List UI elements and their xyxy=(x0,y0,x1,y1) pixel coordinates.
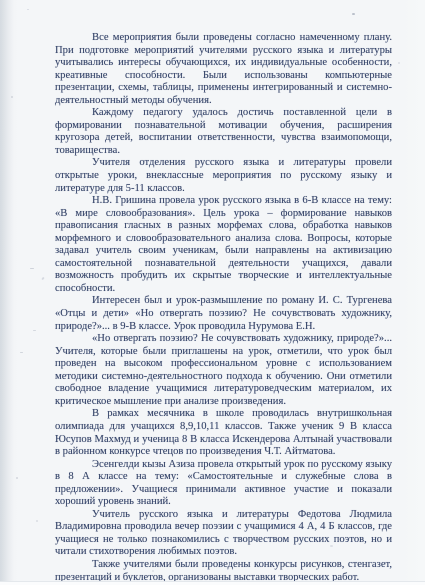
scan-speck xyxy=(30,268,34,269)
scan-speck xyxy=(36,520,38,522)
scan-speck xyxy=(152,570,154,572)
scan-speck xyxy=(11,96,13,98)
paragraph-olympiad: В рамках месячника в школе проводилась в… xyxy=(55,408,392,458)
paragraph-pedagogy-goals: Каждому педагогу удалось достичь поставл… xyxy=(55,107,392,157)
scanned-document-page: Все мероприятия были проведены согласно … xyxy=(0,0,425,585)
scan-speck xyxy=(105,563,109,565)
scan-speck xyxy=(27,9,29,10)
document-text: Все мероприятия были проведены согласно … xyxy=(55,32,392,584)
scan-speck xyxy=(41,277,44,281)
paragraph-open-lessons: Учителя отделения русского языка и литер… xyxy=(55,157,392,195)
scan-speck xyxy=(352,13,355,15)
paragraph-turgenev-lesson: Интересен был и урок-размышление по рома… xyxy=(55,295,392,333)
scan-speck xyxy=(330,545,333,547)
paragraph-grishina-lesson: Н.В. Гришина провела урок русского языка… xyxy=(55,195,392,295)
scan-speck xyxy=(398,62,400,64)
scan-speck xyxy=(16,477,18,479)
scan-speck xyxy=(33,330,36,331)
paragraph-aziza-lesson: Эсенгелди кызы Азиза провела открытый ур… xyxy=(55,459,392,509)
scan-edge-shadow xyxy=(0,0,14,585)
paragraph-lesson-review: «Но отвергать поэзию? Не сочувствовать х… xyxy=(55,333,392,408)
paragraph-plan-overview: Все мероприятия были проведены согласно … xyxy=(55,32,392,107)
paragraph-poetry-evening: Учитель русского языка и литературы Федо… xyxy=(55,509,392,559)
scan-speck xyxy=(20,352,23,353)
